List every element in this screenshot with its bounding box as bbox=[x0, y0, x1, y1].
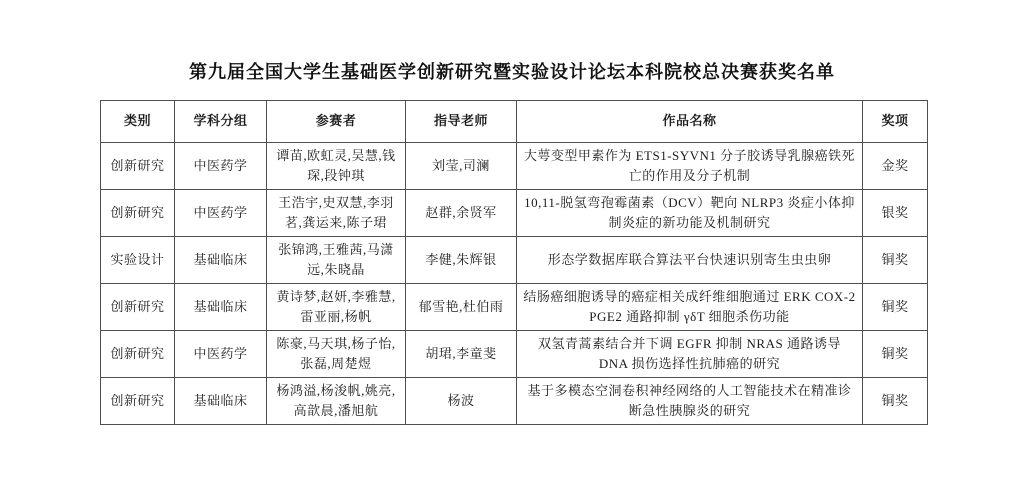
page-title: 第九届全国大学生基础医学创新研究暨实验设计论坛本科院校总决赛获奖名单 bbox=[0, 58, 1024, 84]
column-header-advisors: 指导老师 bbox=[406, 101, 517, 143]
cell-category: 创新研究 bbox=[101, 378, 175, 425]
cell-group: 基础临床 bbox=[175, 237, 267, 284]
table-row: 创新研究 基础临床 黄诗梦,赵妍,李雅慧,雷亚丽,杨帆 郁雪艳,杜伯雨 结肠癌细… bbox=[101, 284, 928, 331]
cell-advisors: 杨波 bbox=[406, 378, 517, 425]
table-row: 创新研究 中医药学 谭苗,欧虹灵,吴慧,钱琛,段钟琪 刘莹,司澜 大萼变型甲素作… bbox=[101, 143, 928, 190]
cell-group: 基础临床 bbox=[175, 284, 267, 331]
cell-participants: 谭苗,欧虹灵,吴慧,钱琛,段钟琪 bbox=[267, 143, 406, 190]
column-header-award: 奖项 bbox=[863, 101, 928, 143]
cell-category: 创新研究 bbox=[101, 284, 175, 331]
cell-category: 创新研究 bbox=[101, 190, 175, 237]
cell-award: 银奖 bbox=[863, 190, 928, 237]
cell-award: 铜奖 bbox=[863, 331, 928, 378]
table-row: 创新研究 中医药学 陈豪,马天琪,杨子怡,张磊,周楚煜 胡珺,李童斐 双氢青蒿素… bbox=[101, 331, 928, 378]
cell-award: 铜奖 bbox=[863, 284, 928, 331]
cell-work-title: 基于多模态空洞卷积神经网络的人工智能技术在精准诊断急性胰腺炎的研究 bbox=[517, 378, 863, 425]
table-row: 创新研究 中医药学 王浩宇,史双慧,李羽茗,龚运来,陈子珺 赵群,余贤军 10,… bbox=[101, 190, 928, 237]
cell-work-title: 形态学数据库联合算法平台快速识别寄生虫虫卵 bbox=[517, 237, 863, 284]
table-row: 创新研究 基础临床 杨鸿溢,杨浚帆,姚亮,高歆晨,潘旭航 杨波 基于多模态空洞卷… bbox=[101, 378, 928, 425]
cell-category: 实验设计 bbox=[101, 237, 175, 284]
cell-group: 基础临床 bbox=[175, 378, 267, 425]
column-header-group: 学科分组 bbox=[175, 101, 267, 143]
cell-work-title: 结肠癌细胞诱导的癌症相关成纤维细胞通过 ERK COX-2 PGE2 通路抑制 … bbox=[517, 284, 863, 331]
cell-advisors: 胡珺,李童斐 bbox=[406, 331, 517, 378]
table-header-row: 类别 学科分组 参赛者 指导老师 作品名称 奖项 bbox=[101, 101, 928, 143]
cell-participants: 张锦鸿,王雅茜,马潇远,朱晓晶 bbox=[267, 237, 406, 284]
cell-group: 中医药学 bbox=[175, 331, 267, 378]
column-header-participants: 参赛者 bbox=[267, 101, 406, 143]
cell-advisors: 郁雪艳,杜伯雨 bbox=[406, 284, 517, 331]
table-row: 实验设计 基础临床 张锦鸿,王雅茜,马潇远,朱晓晶 李健,朱辉银 形态学数据库联… bbox=[101, 237, 928, 284]
cell-award: 金奖 bbox=[863, 143, 928, 190]
cell-participants: 陈豪,马天琪,杨子怡,张磊,周楚煜 bbox=[267, 331, 406, 378]
cell-group: 中医药学 bbox=[175, 143, 267, 190]
cell-work-title: 大萼变型甲素作为 ETS1-SYVN1 分子胶诱导乳腺癌铁死亡的作用及分子机制 bbox=[517, 143, 863, 190]
awards-table: 类别 学科分组 参赛者 指导老师 作品名称 奖项 创新研究 中医药学 谭苗,欧虹… bbox=[100, 100, 928, 425]
cell-participants: 黄诗梦,赵妍,李雅慧,雷亚丽,杨帆 bbox=[267, 284, 406, 331]
cell-advisors: 刘莹,司澜 bbox=[406, 143, 517, 190]
cell-work-title: 双氢青蒿素结合并下调 EGFR 抑制 NRAS 通路诱导 DNA 损伤选择性抗肺… bbox=[517, 331, 863, 378]
cell-participants: 杨鸿溢,杨浚帆,姚亮,高歆晨,潘旭航 bbox=[267, 378, 406, 425]
column-header-category: 类别 bbox=[101, 101, 175, 143]
cell-category: 创新研究 bbox=[101, 331, 175, 378]
cell-category: 创新研究 bbox=[101, 143, 175, 190]
column-header-work-title: 作品名称 bbox=[517, 101, 863, 143]
cell-advisors: 赵群,余贤军 bbox=[406, 190, 517, 237]
cell-group: 中医药学 bbox=[175, 190, 267, 237]
cell-award: 铜奖 bbox=[863, 378, 928, 425]
cell-work-title: 10,11-脱氢弯孢霉菌素（DCV）靶向 NLRP3 炎症小体抑制炎症的新功能及… bbox=[517, 190, 863, 237]
cell-award: 铜奖 bbox=[863, 237, 928, 284]
cell-advisors: 李健,朱辉银 bbox=[406, 237, 517, 284]
document-page: 第九届全国大学生基础医学创新研究暨实验设计论坛本科院校总决赛获奖名单 类别 学科… bbox=[0, 0, 1024, 483]
cell-participants: 王浩宇,史双慧,李羽茗,龚运来,陈子珺 bbox=[267, 190, 406, 237]
